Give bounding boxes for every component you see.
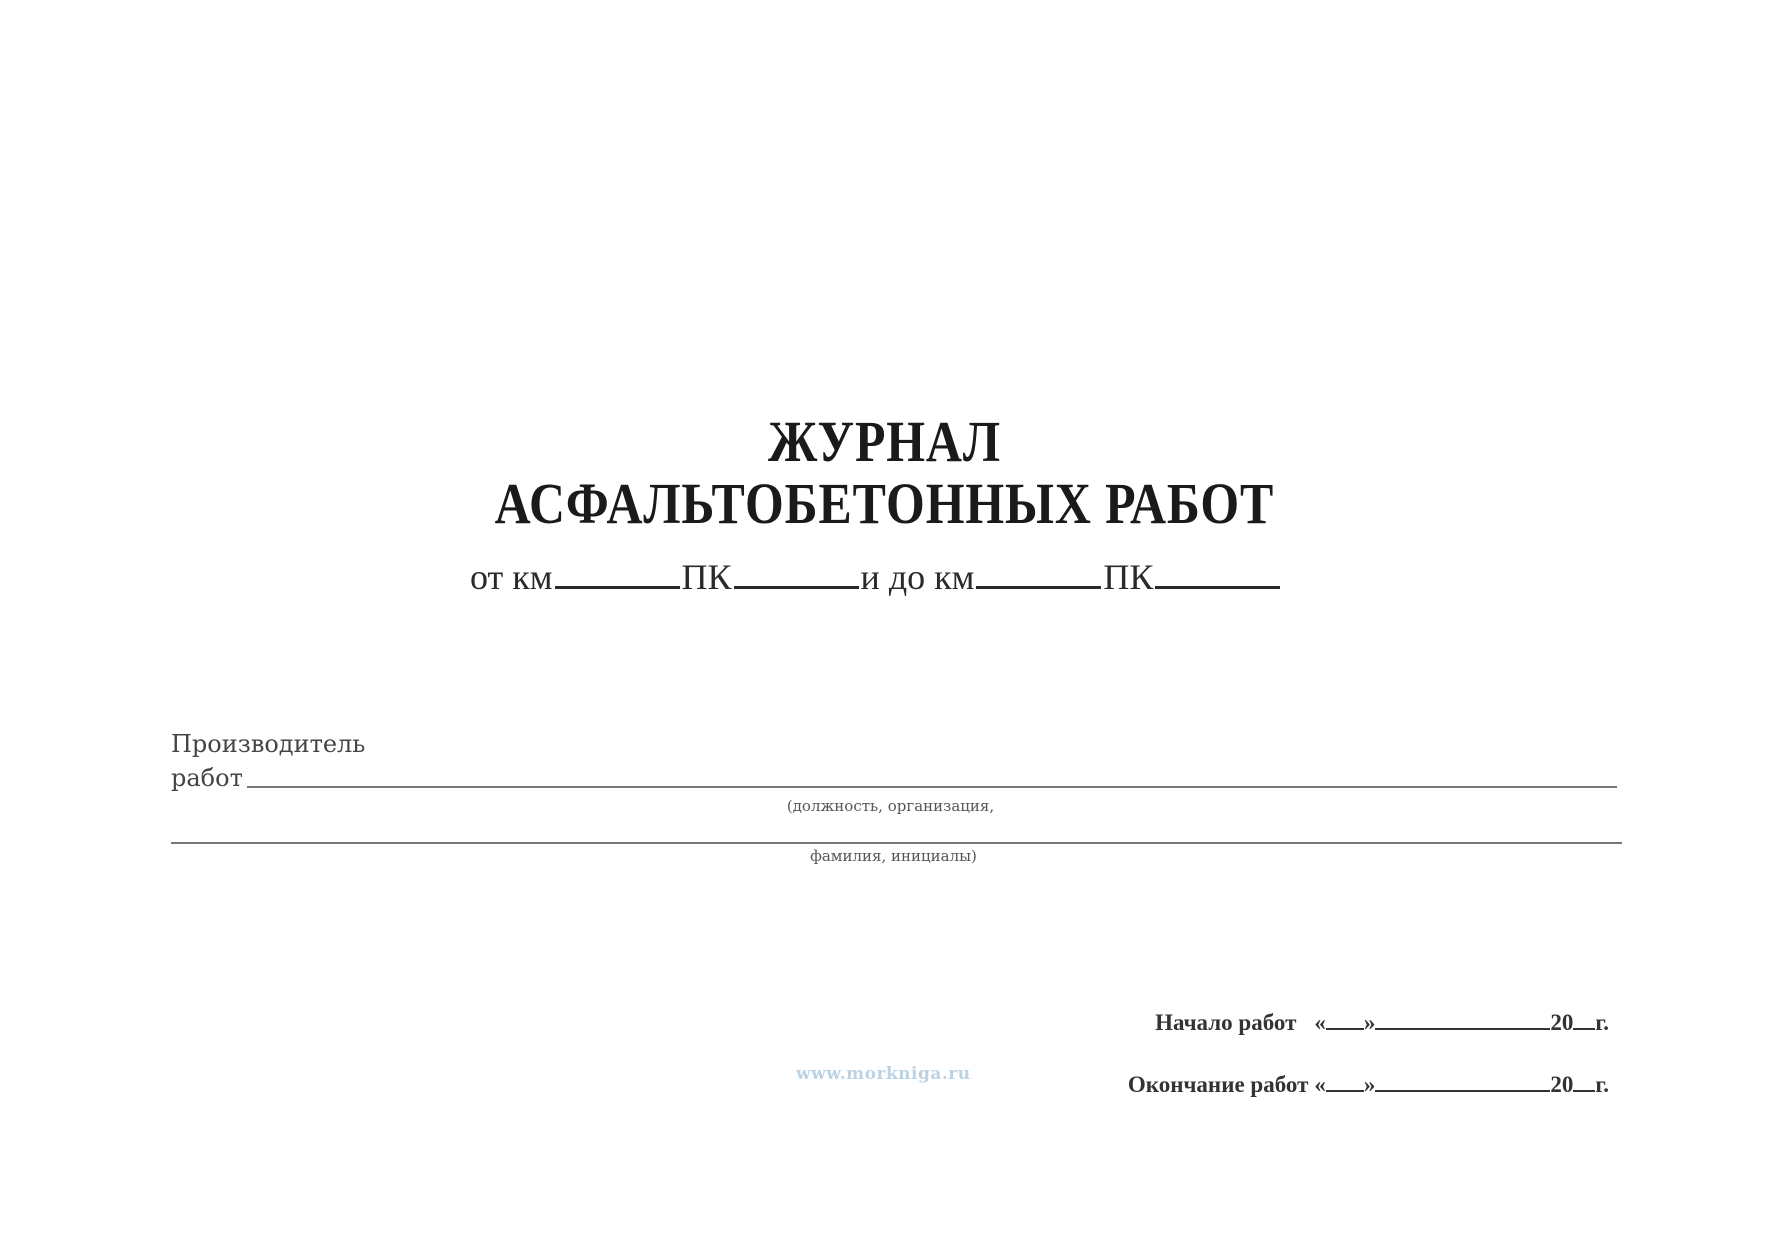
end-day-field[interactable] xyxy=(1326,1090,1364,1092)
end-date-label: Окончание работ xyxy=(1128,1072,1309,1098)
end-date-row: Окончание работ « » 20 г. xyxy=(1128,1072,1609,1098)
km-range-line: от км ПК и до км ПК xyxy=(470,556,1282,598)
open-quote: « xyxy=(1314,1010,1326,1036)
producer-label-line1: Производитель xyxy=(171,730,365,758)
close-quote: » xyxy=(1364,1072,1376,1098)
document-title-line2: АСФАЛЬТОБЕТОННЫХ РАБОТ xyxy=(124,470,1645,537)
start-month-field[interactable] xyxy=(1375,1028,1550,1030)
to-pk-field[interactable] xyxy=(1155,586,1280,589)
watermark: www.morkniga.ru xyxy=(796,1064,971,1084)
pk-label-2: ПК xyxy=(1103,556,1153,598)
start-year-field[interactable] xyxy=(1573,1028,1595,1030)
open-quote: « xyxy=(1314,1072,1326,1098)
year-suffix: г. xyxy=(1595,1072,1609,1098)
producer-caption-line2: фамилия, инициалы) xyxy=(0,847,1769,865)
end-year-field[interactable] xyxy=(1573,1090,1595,1092)
producer-field-line1[interactable] xyxy=(247,786,1617,788)
from-km-label: от км xyxy=(470,556,553,598)
producer-field-line2[interactable] xyxy=(171,842,1622,844)
year-suffix: г. xyxy=(1595,1010,1609,1036)
close-quote: » xyxy=(1364,1010,1376,1036)
to-km-field[interactable] xyxy=(976,586,1101,589)
producer-caption-line1: (должность, организация, xyxy=(0,797,1769,815)
document-title-line1: ЖУРНАЛ xyxy=(124,408,1645,475)
pk-label-1: ПК xyxy=(682,556,732,598)
end-month-field[interactable] xyxy=(1375,1090,1550,1092)
to-km-label: и до км xyxy=(861,556,975,598)
from-pk-field[interactable] xyxy=(734,586,859,589)
start-date-label: Начало работ xyxy=(1155,1010,1296,1036)
start-day-field[interactable] xyxy=(1326,1028,1364,1030)
start-date-row: Начало работ « » 20 г. xyxy=(1155,1010,1609,1036)
year-prefix: 20 xyxy=(1550,1072,1573,1098)
year-prefix: 20 xyxy=(1550,1010,1573,1036)
from-km-field[interactable] xyxy=(555,586,680,589)
producer-label-line2: работ xyxy=(171,764,243,792)
